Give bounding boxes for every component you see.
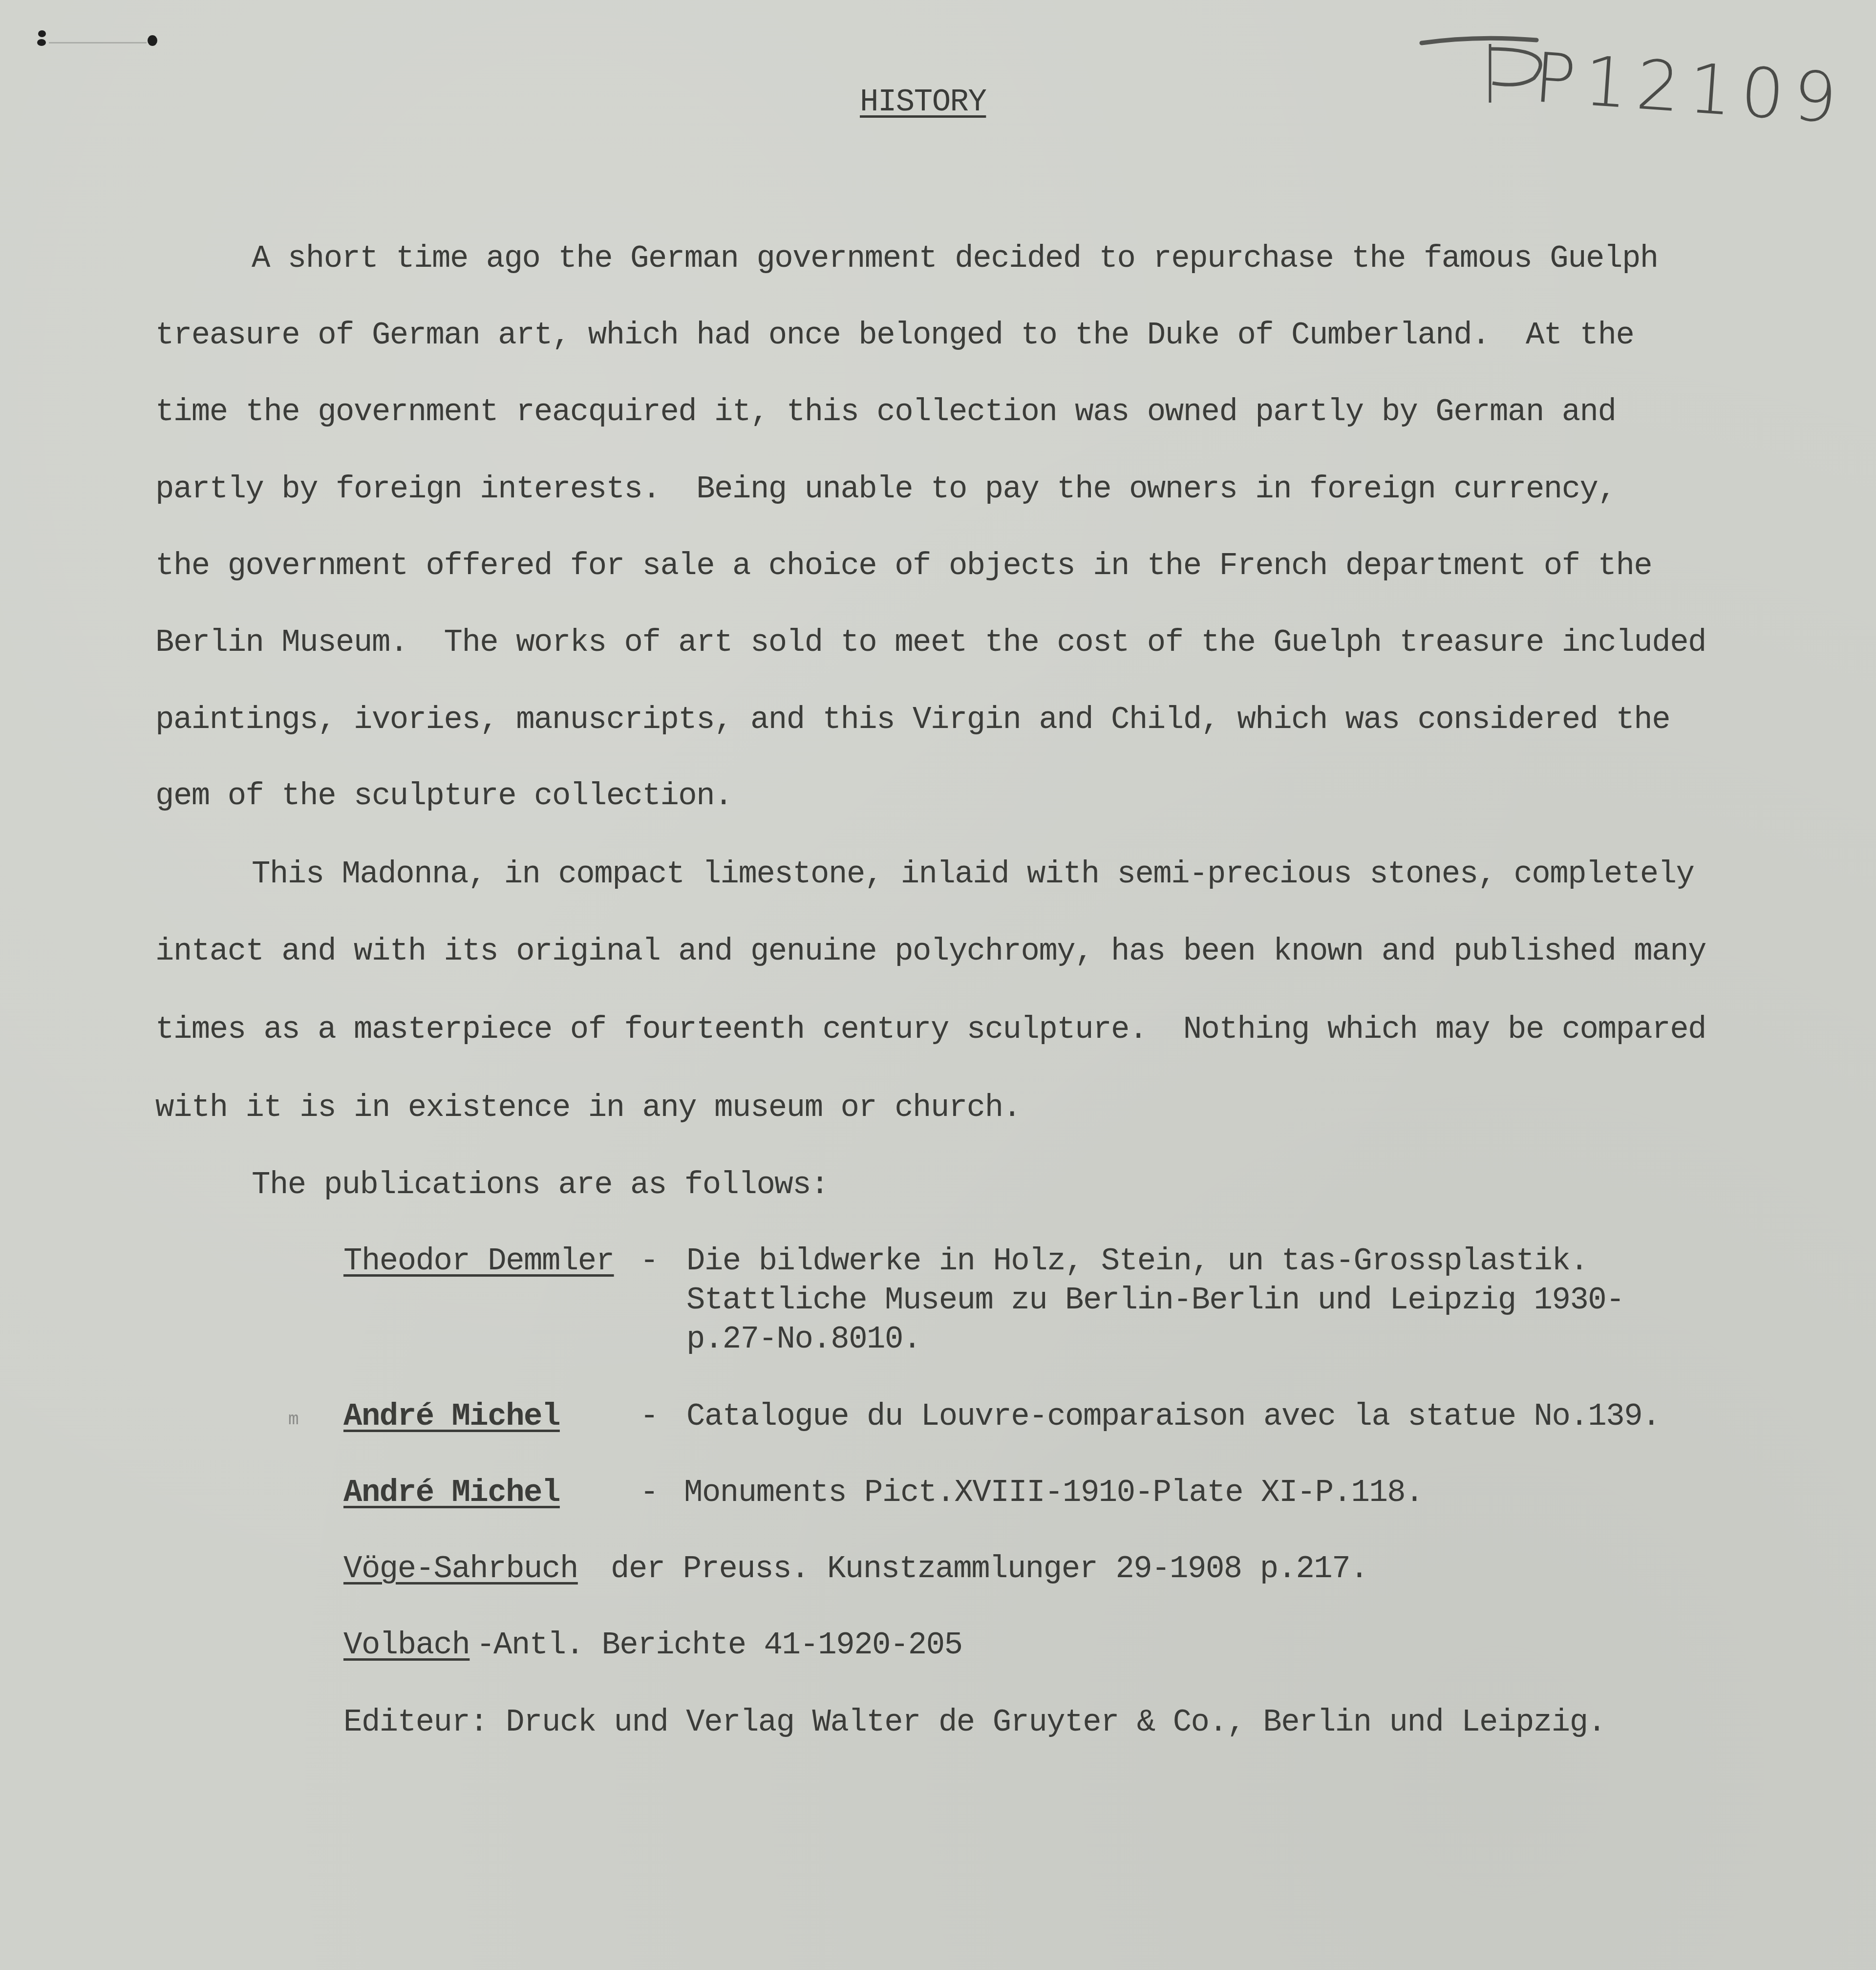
publication-author: Vöge-Sahrbuch: [343, 1554, 578, 1585]
body-line: paintings, ivories, manuscripts, and thi…: [155, 705, 1670, 736]
margin-mark: m: [288, 1410, 299, 1430]
body-line: with it is in existence in any museum or…: [155, 1092, 1021, 1124]
publication-separator: -: [476, 1630, 494, 1661]
body-line: times as a masterpiece of fourteenth cen…: [155, 1014, 1706, 1046]
document-page: P12109 HISTORY A short time ago the Germ…: [0, 0, 1876, 1970]
publication-dash: -: [640, 1477, 658, 1509]
mark-dot: [38, 30, 46, 37]
editor-line: Editeur: Druck und Verlag Walter de Gruy…: [343, 1707, 1605, 1738]
body-line: intact and with its original and genuine…: [155, 936, 1706, 967]
mark-dot: [148, 35, 157, 46]
body-line: time the government reacquired it, this …: [155, 397, 1616, 428]
body-line: gem of the sculpture collection.: [155, 781, 732, 812]
publication-dash: -: [640, 1246, 658, 1277]
publication-text: der Preuss. Kunstzammlunger 29-1908 p.21…: [611, 1554, 1368, 1585]
publication-author: Volbach: [343, 1630, 469, 1661]
publication-author: André Michel: [343, 1401, 560, 1433]
publication-text: Monuments Pict.XVIII-1910-Plate XI-P.118…: [684, 1477, 1423, 1509]
publication-text: Die bildwerke in Holz, Stein, un tas-Gro…: [686, 1246, 1588, 1277]
publication-text: Antl. Berichte 41-1920-205: [493, 1630, 962, 1661]
body-line: partly by foreign interests. Being unabl…: [155, 474, 1616, 505]
body-line: This Madonna, in compact limestone, inla…: [252, 859, 1694, 890]
body-line: A short time ago the German government d…: [252, 243, 1658, 275]
publication-text: p.27-No.8010.: [686, 1324, 921, 1355]
mark-smudge: [49, 42, 147, 43]
publication-author: Theodor Demmler: [343, 1246, 614, 1277]
publications-intro: The publications are as follows:: [252, 1170, 829, 1201]
publication-text: Stattliche Museum zu Berlin-Berlin und L…: [686, 1285, 1624, 1316]
body-line: treasure of German art, which had once b…: [155, 320, 1634, 351]
publication-author: André Michel: [343, 1477, 560, 1509]
body-line: the government offered for sale a choice…: [155, 551, 1652, 582]
body-line: Berlin Museum. The works of art sold to …: [155, 627, 1706, 659]
page-title: HISTORY: [860, 87, 986, 118]
catalog-number-handwritten: P12109: [1417, 29, 1808, 142]
mark-dot: [37, 39, 46, 46]
publication-dash: -: [640, 1401, 658, 1433]
publication-text: Catalogue du Louvre-comparaison avec la …: [686, 1401, 1660, 1433]
staple-marks: [34, 29, 161, 54]
